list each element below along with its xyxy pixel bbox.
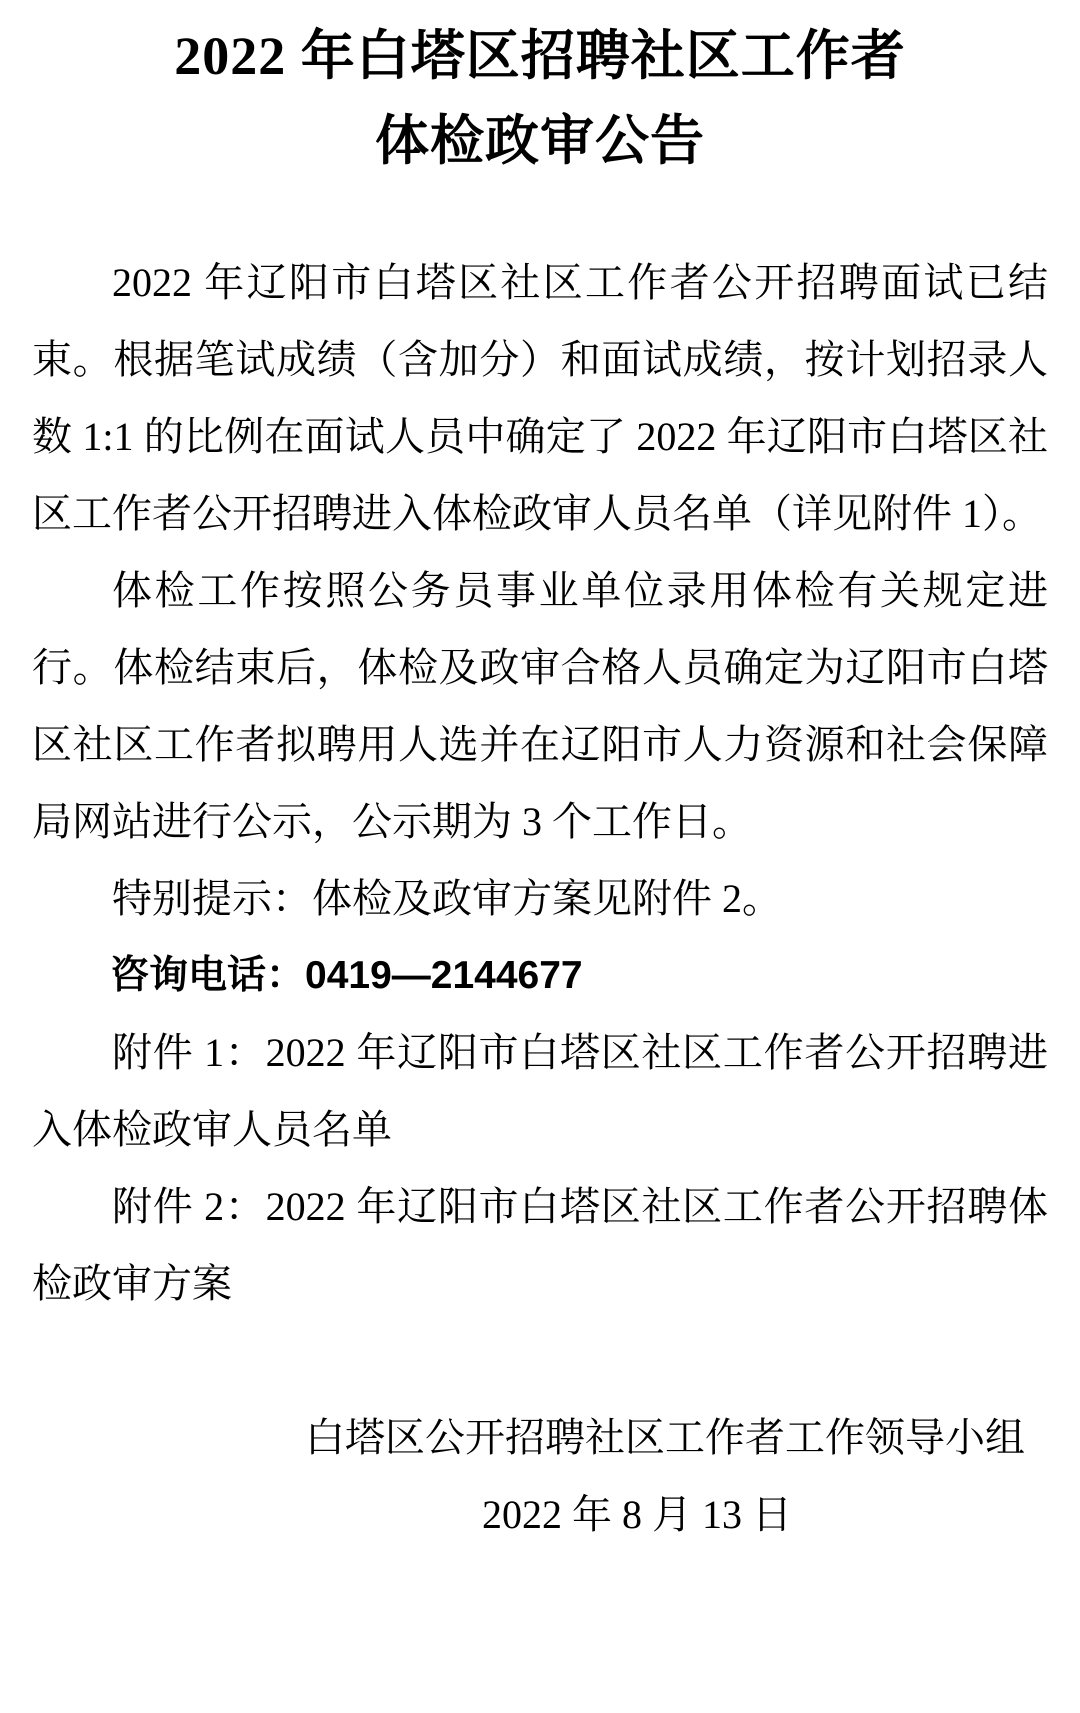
paragraph-physical-exam-rules: 体检工作按照公务员事业单位录用体检有关规定进行。体检结束后，体检及政审合格人员确…	[32, 552, 1048, 860]
title-line-2: 体检政审公告	[32, 99, 1048, 184]
date: 2022 年 8 月 13 日	[32, 1476, 1048, 1553]
signature: 白塔区公开招聘社区工作者工作领导小组	[32, 1399, 1048, 1476]
attachment-2: 附件 2：2022 年辽阳市白塔区社区工作者公开招聘体检政审方案	[32, 1168, 1048, 1322]
special-note: 特别提示：体检及政审方案见附件 2。	[32, 860, 1048, 937]
attachment-1: 附件 1：2022 年辽阳市白塔区社区工作者公开招聘进入体检政审人员名单	[32, 1014, 1048, 1168]
title-line-1: 2022 年白塔区招聘社区工作者	[32, 14, 1048, 99]
phone-line: 咨询电话：0419—2144677	[32, 937, 1048, 1014]
announcement-document: 2022 年白塔区招聘社区工作者 体检政审公告 2022 年辽阳市白塔区社区工作…	[0, 0, 1080, 1713]
paragraph-recruitment-result: 2022 年辽阳市白塔区社区工作者公开招聘面试已结束。根据笔试成绩（含加分）和面…	[32, 244, 1048, 552]
document-body: 2022 年辽阳市白塔区社区工作者公开招聘面试已结束。根据笔试成绩（含加分）和面…	[32, 244, 1048, 1553]
document-title: 2022 年白塔区招聘社区工作者 体检政审公告	[32, 14, 1048, 184]
